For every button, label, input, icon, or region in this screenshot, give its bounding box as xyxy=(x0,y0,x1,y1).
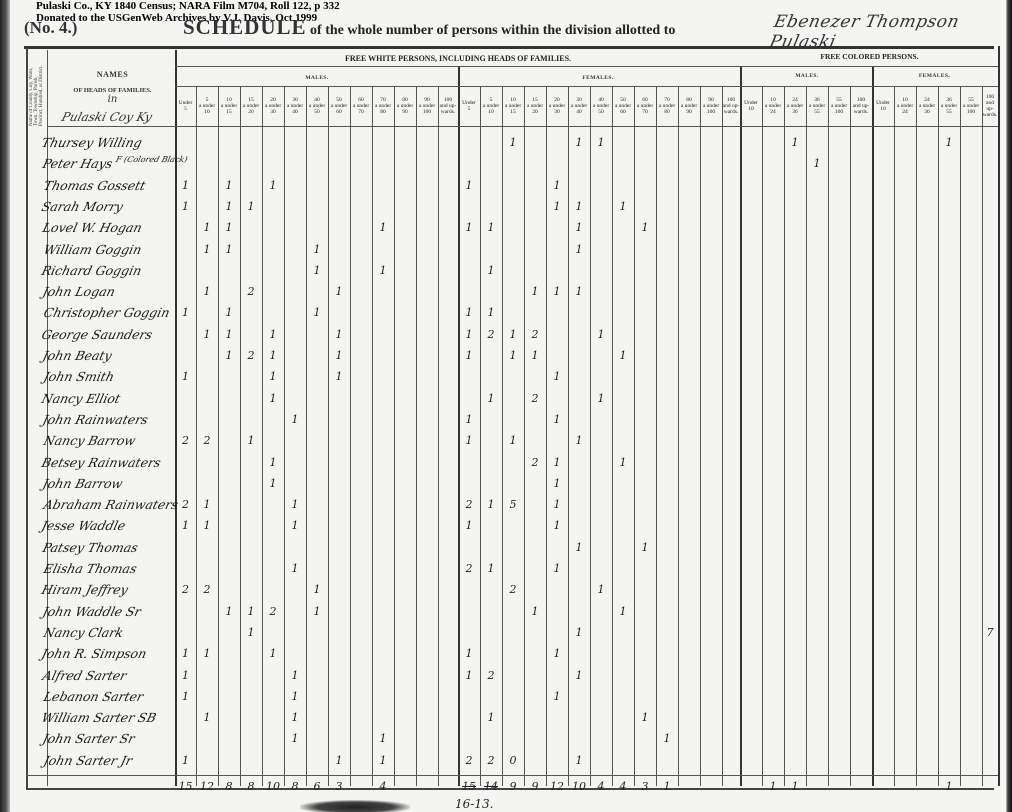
head-of-family-name: Peter Hays F (Colored Black) xyxy=(41,156,188,171)
white-male-total: 3 xyxy=(327,780,351,793)
tally-mark: 1 xyxy=(263,477,283,490)
tally-mark: 1 xyxy=(219,221,239,234)
tally-mark: 1 xyxy=(459,434,479,447)
tally-mark: 1 xyxy=(569,221,589,234)
county-handwritten: Pulaski Coy Ky xyxy=(60,110,154,124)
head-of-family-name: Richard Goggin xyxy=(40,263,143,278)
white-male-age-col-9: 70 a under 80 xyxy=(372,88,394,124)
head-of-family-name: Jesse Waddle xyxy=(40,518,127,533)
white-male-age-col-3: 15 a under 20 xyxy=(240,88,262,124)
tally-mark: 1 xyxy=(547,647,567,660)
colored-female-age-col-3: 36 a under 55 xyxy=(938,88,960,124)
tally-mark: 1 xyxy=(307,306,327,319)
tally-mark: 1 xyxy=(569,243,589,256)
tally-mark: 1 xyxy=(481,306,501,319)
tally-mark: 2 xyxy=(197,583,217,596)
column-rule xyxy=(982,86,983,786)
white-female-age-col-10: 80 a under 90 xyxy=(678,88,700,124)
tally-mark: 1 xyxy=(503,349,523,362)
tally-mark: 2 xyxy=(459,754,479,767)
schedule-title-rest: of the whole number of persons within th… xyxy=(310,23,675,38)
tally-mark: 1 xyxy=(635,541,655,554)
white-female-age-col-11: 90 a under 100 xyxy=(700,88,722,124)
white-male-age-col-2: 10 a under 15 xyxy=(218,88,240,124)
tally-mark: 1 xyxy=(219,605,239,618)
head-of-family-name: Lovel W. Hogan xyxy=(41,220,144,235)
tally-mark: 2 xyxy=(525,392,545,405)
tally-mark: 1 xyxy=(481,562,501,575)
tally-mark: 1 xyxy=(241,605,261,618)
head-of-family-name: Thomas Gossett xyxy=(42,178,147,193)
tally-mark: 1 xyxy=(197,647,217,660)
head-of-family-name: George Saunders xyxy=(40,327,154,342)
colored-male-total: 1 xyxy=(761,780,785,793)
white-female-age-col-5: 30 a under 40 xyxy=(568,88,590,124)
tally-mark: 1 xyxy=(569,669,589,682)
white-female-total: 10 xyxy=(567,780,591,793)
column-rule xyxy=(524,86,525,786)
tally-mark: 1 xyxy=(285,669,305,682)
white-female-total: 15 xyxy=(457,780,481,793)
tally-mark: 2 xyxy=(525,456,545,469)
tally-mark: 1 xyxy=(176,306,196,319)
tally-mark: 1 xyxy=(263,647,283,660)
tally-mark: 1 xyxy=(197,221,217,234)
tally-mark: 1 xyxy=(176,179,196,192)
white-female-age-col-6: 40 a under 50 xyxy=(590,88,612,124)
tally-mark: 2 xyxy=(481,754,501,767)
tally-mark: 1 xyxy=(459,349,479,362)
tally-mark: 1 xyxy=(939,136,959,149)
column-rule xyxy=(916,86,917,786)
free-colored-header: FREE COLORED PERSONS. xyxy=(742,52,997,61)
column-rule xyxy=(394,86,395,786)
column-rule xyxy=(678,86,679,786)
tally-mark: 1 xyxy=(263,179,283,192)
white-female-age-col-1: 5 a under 10 xyxy=(480,88,502,124)
head-of-family-name: John Beaty xyxy=(41,348,113,363)
white-female-total: 14 xyxy=(479,780,503,793)
head-of-family-name: William Sarter SB xyxy=(40,710,158,725)
colored-male-age-col-3: 36 a under 55 xyxy=(806,88,828,124)
tally-mark: 1 xyxy=(481,498,501,511)
colored-male-age-col-2: 24 a under 36 xyxy=(784,88,806,124)
tally-mark: 1 xyxy=(635,221,655,234)
tally-mark: 1 xyxy=(481,264,501,277)
scan-right-edge xyxy=(1006,0,1012,812)
tally-mark: 1 xyxy=(459,328,479,341)
right-rule xyxy=(998,46,1000,786)
head-of-family-name: Nancy Barrow xyxy=(42,433,137,448)
tally-mark: 1 xyxy=(591,392,611,405)
tally-mark: 1 xyxy=(241,434,261,447)
tally-mark: 1 xyxy=(569,285,589,298)
tally-mark: 2 xyxy=(176,498,196,511)
white-male-total: 15 xyxy=(174,780,198,793)
tally-mark: 1 xyxy=(591,583,611,596)
column-rule xyxy=(590,86,591,786)
white-male-age-col-1: 5 a under 10 xyxy=(196,88,218,124)
white-male-age-col-4: 20 a under 30 xyxy=(262,88,284,124)
head-of-family-name: John Rainwaters xyxy=(41,412,150,427)
tally-mark: 1 xyxy=(525,285,545,298)
white-male-age-col-7: 50 a under 60 xyxy=(328,88,350,124)
white-female-age-col-7: 50 a under 60 xyxy=(612,88,634,124)
tally-mark: 0 xyxy=(503,754,523,767)
tally-mark: 1 xyxy=(785,136,805,149)
tally-mark: 1 xyxy=(503,434,523,447)
white-male-total: 8 xyxy=(283,780,307,793)
tally-mark: 1 xyxy=(373,264,393,277)
tally-mark: 1 xyxy=(263,392,283,405)
tally-mark: 1 xyxy=(613,200,633,213)
white-female-total: 4 xyxy=(589,780,613,793)
head-of-family-name: William Goggin xyxy=(42,242,143,257)
tally-mark: 1 xyxy=(459,669,479,682)
tally-mark: 1 xyxy=(329,370,349,383)
sum-note: 16-13. xyxy=(455,797,493,811)
tally-mark: 1 xyxy=(613,349,633,362)
header-bottom-rule xyxy=(47,126,998,127)
tally-mark: 1 xyxy=(285,562,305,575)
tally-mark: 1 xyxy=(176,690,196,703)
tally-mark: 1 xyxy=(481,711,501,724)
head-of-family-name: Betsey Rainwaters xyxy=(40,455,162,470)
colored-female-age-col-4: 55 a under 100 xyxy=(960,88,982,124)
head-of-family-name: Christopher Goggin xyxy=(42,305,171,320)
tally-mark: 1 xyxy=(197,328,217,341)
column-rule xyxy=(328,86,329,786)
white-male-total: 8 xyxy=(239,780,263,793)
tally-mark: 1 xyxy=(547,413,567,426)
tally-mark: 2 xyxy=(263,605,283,618)
tally-mark: 1 xyxy=(263,328,283,341)
colored-female-age-col-5: 100 and up- wards. xyxy=(982,88,998,124)
column-rule xyxy=(416,86,417,786)
colored-female-total: 1 xyxy=(937,780,961,793)
white-male-total: 4 xyxy=(371,780,395,793)
tally-mark: 2 xyxy=(176,434,196,447)
tally-mark: 1 xyxy=(459,179,479,192)
tally-mark: 1 xyxy=(591,136,611,149)
names-subtitle: OF HEADS OF FAMILIES. xyxy=(50,87,175,94)
head-of-family-name: Hiram Jeffrey xyxy=(40,582,130,597)
white-male-age-col-0: Under 5 xyxy=(175,88,196,124)
white-male-total: 12 xyxy=(195,780,219,793)
names-column-header: NAMES OF HEADS OF FAMILIES. in xyxy=(50,70,175,105)
tally-mark: 1 xyxy=(569,541,589,554)
column-rule xyxy=(938,86,939,786)
tally-mark: 1 xyxy=(373,221,393,234)
tally-mark: 1 xyxy=(176,519,196,532)
column-rule xyxy=(306,86,307,786)
column-rule xyxy=(722,86,723,786)
tally-mark: 1 xyxy=(635,711,655,724)
white-male-age-col-12: 100 and up- wards. xyxy=(438,88,458,124)
tally-mark: 1 xyxy=(569,626,589,639)
tally-mark: 1 xyxy=(219,200,239,213)
tally-mark: 1 xyxy=(197,711,217,724)
column-rule xyxy=(634,86,635,786)
head-of-family-name: John R. Simpson xyxy=(40,646,148,661)
column-rule xyxy=(656,86,657,786)
head-of-family-name: Nancy Clark xyxy=(42,625,125,640)
tally-mark: 2 xyxy=(459,498,479,511)
tally-mark: 2 xyxy=(503,583,523,596)
group-header-rule xyxy=(175,66,998,67)
white-male-total: 10 xyxy=(261,780,285,793)
tally-mark: 2 xyxy=(176,583,196,596)
tally-mark: 1 xyxy=(197,519,217,532)
tally-mark: 1 xyxy=(176,200,196,213)
tally-mark: 1 xyxy=(285,690,305,703)
tally-mark: 1 xyxy=(329,285,349,298)
tally-mark: 2 xyxy=(459,562,479,575)
tally-mark: 1 xyxy=(547,285,567,298)
tally-mark: 1 xyxy=(285,732,305,745)
white-male-age-col-6: 40 a under 50 xyxy=(306,88,328,124)
tally-mark: 1 xyxy=(503,136,523,149)
tally-mark: 1 xyxy=(459,306,479,319)
colored-female-age-col-0: Under 10 xyxy=(872,88,894,124)
tally-mark: 1 xyxy=(569,754,589,767)
tally-mark: 1 xyxy=(263,456,283,469)
tally-mark: 1 xyxy=(176,370,196,383)
tally-mark: 1 xyxy=(569,434,589,447)
subgroup-header-rule xyxy=(175,86,998,87)
head-of-family-name: John Sarter Sr xyxy=(41,731,136,746)
head-of-family-name: Sarah Morry xyxy=(40,199,125,214)
colored-females-header: FEMALES. xyxy=(872,73,997,79)
white-female-total: 12 xyxy=(545,780,569,793)
white-female-age-col-4: 20 a under 30 xyxy=(546,88,568,124)
tally-mark: 1 xyxy=(197,243,217,256)
district-side-label: Name of County, City, Ward, Town, Townsh… xyxy=(29,58,43,126)
tally-mark: 1 xyxy=(547,477,567,490)
tally-mark: 2 xyxy=(525,328,545,341)
head-of-family-name: Lebanon Sarter xyxy=(42,689,145,704)
tally-mark: 1 xyxy=(547,179,567,192)
tally-mark: 1 xyxy=(569,200,589,213)
column-rule xyxy=(960,86,961,786)
colored-male-total: 1 xyxy=(783,780,807,793)
head-of-family-name: John Smith xyxy=(42,369,116,384)
white-female-total: 1 xyxy=(655,780,679,793)
tally-mark: 2 xyxy=(481,328,501,341)
tally-mark: 1 xyxy=(547,200,567,213)
schedule-title: SCHEDULE of the whole number of persons … xyxy=(183,15,675,40)
tally-mark: 1 xyxy=(329,349,349,362)
tally-mark: 1 xyxy=(459,647,479,660)
scan-left-edge xyxy=(0,0,10,812)
form-number: (No. 4.) xyxy=(24,18,77,38)
tally-mark: 1 xyxy=(591,328,611,341)
head-of-family-name: Alfred Sarter xyxy=(41,668,128,683)
colored-female-age-col-2: 24 a under 36 xyxy=(916,88,938,124)
tally-mark: 1 xyxy=(307,243,327,256)
column-rule xyxy=(762,86,763,786)
column-rule xyxy=(350,86,351,786)
tally-mark: 1 xyxy=(613,605,633,618)
white-female-total: 4 xyxy=(611,780,635,793)
colored-males-header: MALES. xyxy=(742,73,872,79)
tally-mark: 1 xyxy=(307,583,327,596)
column-rule xyxy=(612,86,613,786)
tally-mark: 1 xyxy=(219,179,239,192)
tally-mark: 1 xyxy=(219,328,239,341)
column-rule xyxy=(372,86,373,786)
tally-mark: 1 xyxy=(547,498,567,511)
white-male-total: 8 xyxy=(217,780,241,793)
colored-male-age-col-0: Under 10 xyxy=(740,88,762,124)
tally-mark: 1 xyxy=(285,711,305,724)
tally-mark: 1 xyxy=(525,349,545,362)
colored-female-age-col-1: 10 a under 24 xyxy=(894,88,916,124)
tally-mark: 1 xyxy=(307,264,327,277)
head-of-family-name: John Waddle Sr xyxy=(41,604,142,619)
schedule-title-big: SCHEDULE xyxy=(183,15,307,39)
head-of-family-name: Thursey Willing xyxy=(40,135,144,150)
names-title: NAMES xyxy=(50,70,175,79)
white-female-age-col-2: 10 a under 15 xyxy=(502,88,524,124)
white-female-total: 3 xyxy=(633,780,657,793)
tally-mark: 1 xyxy=(547,519,567,532)
tally-mark: 1 xyxy=(547,562,567,575)
head-of-family-name: Patsey Thomas xyxy=(41,540,140,555)
tally-mark: 1 xyxy=(241,200,261,213)
tally-mark: 1 xyxy=(176,754,196,767)
tally-mark: 1 xyxy=(219,349,239,362)
tally-mark: 1 xyxy=(459,221,479,234)
tally-mark: 1 xyxy=(197,285,217,298)
tally-mark: 1 xyxy=(176,647,196,660)
tally-mark: 2 xyxy=(241,285,261,298)
tally-mark: 1 xyxy=(547,690,567,703)
head-of-family-name: John Logan xyxy=(41,284,117,299)
tally-mark: 1 xyxy=(481,221,501,234)
column-rule xyxy=(784,86,785,786)
colored-male-age-col-1: 10 a under 24 xyxy=(762,88,784,124)
head-of-family-name: Abraham Rainwaters xyxy=(42,497,180,512)
column-rule xyxy=(700,86,701,786)
tally-mark: 1 xyxy=(285,498,305,511)
tally-mark: 1 xyxy=(459,413,479,426)
free-white-header: FREE WHITE PERSONS, INCLUDING HEADS OF F… xyxy=(178,54,738,63)
column-rule xyxy=(438,86,439,786)
tally-mark: 1 xyxy=(285,519,305,532)
tally-mark: 1 xyxy=(547,370,567,383)
white-female-age-col-0: Under 5 xyxy=(458,88,480,124)
name-annotation: F (Colored Black) xyxy=(112,155,188,164)
tally-mark: 1 xyxy=(373,754,393,767)
white-female-age-col-9: 70 a under 80 xyxy=(656,88,678,124)
tally-mark: 1 xyxy=(329,328,349,341)
white-female-age-col-12: 100 and up- wards. xyxy=(722,88,740,124)
tally-mark: 1 xyxy=(263,370,283,383)
tally-mark: 1 xyxy=(525,605,545,618)
tally-mark: 7 xyxy=(980,626,1000,639)
totals-top-rule xyxy=(26,775,998,776)
source-citation: Pulaski Co., KY 1840 Census; NARA Film M… xyxy=(36,0,340,12)
tally-mark: 1 xyxy=(657,732,677,745)
white-male-age-col-8: 60 a under 70 xyxy=(350,88,372,124)
white-female-total: 9 xyxy=(501,780,525,793)
column-rule xyxy=(740,66,742,786)
head-of-family-name: John Barrow xyxy=(41,476,124,491)
tally-mark: 1 xyxy=(459,519,479,532)
white-male-age-col-10: 80 a under 90 xyxy=(394,88,416,124)
tally-mark: 1 xyxy=(547,456,567,469)
head-of-family-name: John Sarter Jr xyxy=(42,753,134,768)
tally-mark: 1 xyxy=(329,754,349,767)
tally-mark: 1 xyxy=(263,349,283,362)
head-of-family-name: Nancy Elliot xyxy=(40,391,122,406)
white-male-age-col-11: 90 a under 100 xyxy=(416,88,438,124)
white-female-total: 9 xyxy=(523,780,547,793)
ink-blot xyxy=(300,800,410,812)
tally-mark: 1 xyxy=(219,306,239,319)
white-female-age-col-3: 15 a under 20 xyxy=(524,88,546,124)
tally-mark: 1 xyxy=(481,392,501,405)
tally-mark: 1 xyxy=(569,136,589,149)
white-male-age-col-5: 30 a under 40 xyxy=(284,88,306,124)
tally-mark: 5 xyxy=(503,498,523,511)
names-in: in xyxy=(50,94,175,105)
tally-mark: 1 xyxy=(503,328,523,341)
tally-mark: 1 xyxy=(219,243,239,256)
colored-male-age-col-5: 100 and up- wards. xyxy=(850,88,872,124)
white-male-total: 6 xyxy=(305,780,329,793)
tally-mark: 1 xyxy=(613,456,633,469)
white-female-age-col-8: 60 a under 70 xyxy=(634,88,656,124)
tally-mark: 1 xyxy=(197,498,217,511)
head-of-family-name: Elisha Thomas xyxy=(42,561,138,576)
tally-mark: 1 xyxy=(241,626,261,639)
tally-mark: 1 xyxy=(176,669,196,682)
tally-mark: 2 xyxy=(481,669,501,682)
column-rule xyxy=(828,86,829,786)
tally-mark: 1 xyxy=(307,605,327,618)
tally-mark: 2 xyxy=(241,349,261,362)
tally-mark: 1 xyxy=(285,413,305,426)
colored-male-age-col-4: 55 a under 100 xyxy=(828,88,850,124)
tally-mark: 1 xyxy=(373,732,393,745)
column-rule xyxy=(872,66,874,786)
tally-mark: 2 xyxy=(197,434,217,447)
column-rule xyxy=(806,86,807,786)
white-males-header: MALES. xyxy=(178,75,456,81)
tally-mark: 1 xyxy=(807,157,827,170)
white-females-header: FEMALES. xyxy=(458,75,738,81)
column-rule xyxy=(894,86,895,786)
column-rule xyxy=(850,86,851,786)
